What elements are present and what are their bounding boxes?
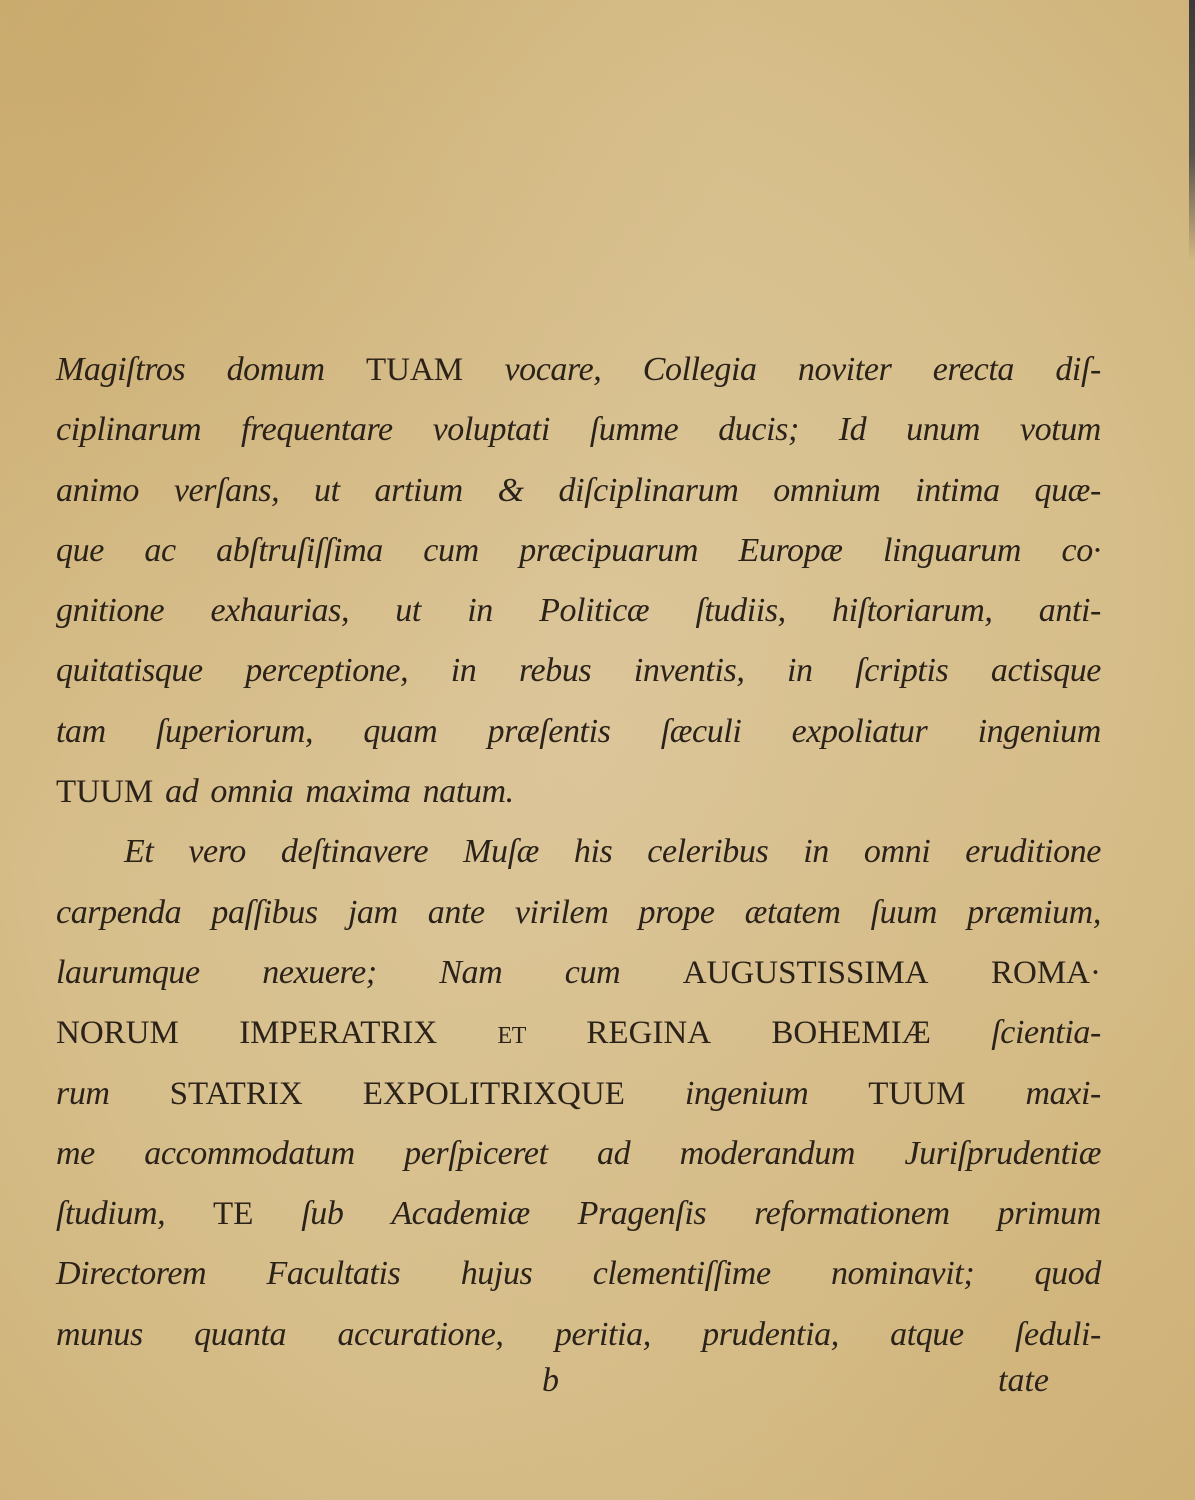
word: maxima	[305, 762, 410, 822]
word: omni	[864, 822, 930, 882]
word: Et	[124, 822, 153, 882]
word: Politicæ	[539, 581, 649, 641]
word: erecta	[933, 340, 1014, 400]
word: quam	[363, 702, 437, 762]
word: reformationem	[754, 1184, 950, 1244]
word: hujus	[461, 1244, 533, 1304]
word: ſuperiorum,	[156, 702, 313, 762]
word: munus	[56, 1305, 143, 1365]
word: anti-	[1039, 581, 1101, 641]
word: carpenda	[56, 883, 181, 943]
word: Muſæ	[463, 822, 539, 882]
catchword: tate	[998, 1362, 1049, 1400]
book-binding-edge	[1189, 0, 1195, 260]
word: BOHEMIÆ	[771, 1003, 931, 1063]
text-line: MagiſtrosdomumTUAMvocare,Collegianoviter…	[56, 340, 1101, 400]
text-line: meaccommodatumperſpiceretadmoderandumJur…	[56, 1124, 1101, 1184]
word: ducis;	[718, 400, 799, 460]
word: diſciplinarum	[558, 461, 738, 521]
word: perſpiceret	[404, 1124, 548, 1184]
word: virilem	[515, 883, 609, 943]
text-line: NORUMIMPERATRIXETREGINABOHEMIÆſcientia-	[56, 1003, 1101, 1063]
word: in	[467, 581, 493, 641]
word: ante	[428, 883, 485, 943]
word: ſæculi	[661, 702, 742, 762]
word: Directorem	[56, 1244, 206, 1304]
word: co·	[1062, 521, 1101, 581]
word: celeribus	[647, 822, 768, 882]
text-line: queacabſtruſiſſimacumpræcipuarumEuropæli…	[56, 521, 1101, 581]
word: quæ-	[1034, 461, 1100, 521]
word: artium	[375, 461, 463, 521]
word: accommodatum	[144, 1124, 355, 1184]
word: præcipuarum	[519, 521, 698, 581]
word: ingenium	[978, 702, 1101, 762]
word: rebus	[519, 641, 591, 701]
word: REGINA	[586, 1003, 711, 1063]
word: STATRIX	[170, 1064, 303, 1124]
word: eruditione	[965, 822, 1101, 882]
word: &	[498, 461, 524, 521]
word: TUAM	[366, 340, 463, 400]
word: AUGUSTISSIMA	[683, 943, 929, 1003]
word: quitatisque	[56, 641, 203, 701]
word: nominavit;	[831, 1244, 974, 1304]
word: ingenium	[685, 1064, 808, 1124]
text-line: carpendapaſſibusjamantevirilempropeætate…	[56, 883, 1101, 943]
word: TUUM	[868, 1064, 965, 1124]
word: atque	[890, 1305, 964, 1365]
word: NORUM	[56, 1003, 179, 1063]
word: moderandum	[680, 1124, 855, 1184]
word: noviter	[798, 340, 892, 400]
word: rum	[56, 1064, 110, 1124]
word: perceptione,	[245, 641, 408, 701]
word: paſſibus	[211, 883, 317, 943]
word: domum	[227, 340, 325, 400]
word: in	[787, 641, 813, 701]
word: Collegia	[643, 340, 757, 400]
word: votum	[1020, 400, 1101, 460]
word: quanta	[194, 1305, 286, 1365]
word: actisque	[991, 641, 1101, 701]
signature-mark: b	[542, 1362, 559, 1400]
word: ſub	[301, 1184, 343, 1244]
word: vocare,	[504, 340, 601, 400]
word: TE	[213, 1184, 253, 1244]
body-text: MagiſtrosdomumTUAMvocare,Collegianoviter…	[56, 340, 1101, 1365]
word: cum	[565, 943, 620, 1003]
word: inventis,	[634, 641, 745, 701]
word: ætatem	[745, 883, 841, 943]
word: verſans,	[174, 461, 279, 521]
word: Academiæ	[391, 1184, 529, 1244]
text-line: DirectoremFacultatishujusclementiſſimeno…	[56, 1244, 1101, 1304]
word: Id	[839, 400, 867, 460]
text-line: rumSTATRIXEXPOLITRIXQUEingeniumTUUMmaxi-	[56, 1064, 1101, 1124]
word: vero	[188, 822, 246, 882]
word: his	[574, 822, 612, 882]
word: IMPERATRIX	[239, 1003, 437, 1063]
word: deſtinavere	[281, 822, 428, 882]
word: ſtudiis,	[695, 581, 785, 641]
text-line: tamſuperiorum,quampræſentisſæculiexpolia…	[56, 702, 1101, 762]
word: peritia,	[555, 1305, 651, 1365]
book-page: MagiſtrosdomumTUAMvocare,Collegianoviter…	[0, 0, 1195, 1500]
word: exhaurias,	[210, 581, 349, 641]
word: præſentis	[488, 702, 611, 762]
word: ac	[144, 521, 175, 581]
word: me	[56, 1124, 95, 1184]
word: omnia	[210, 762, 293, 822]
word: ut	[314, 461, 340, 521]
word: ut	[395, 581, 421, 641]
word: accuratione,	[337, 1305, 503, 1365]
word: cum	[423, 521, 478, 581]
word: Europæ	[738, 521, 842, 581]
word: præmium,	[967, 883, 1101, 943]
word: hiſtoriarum,	[832, 581, 993, 641]
word: Facultatis	[267, 1244, 401, 1304]
word: Juriſprudentiæ	[904, 1124, 1101, 1184]
word: Pragenſis	[578, 1184, 707, 1244]
word: ciplinarum	[56, 400, 201, 460]
text-line: EtverodeſtinavereMuſæhisceleribusinomnie…	[56, 822, 1101, 882]
word: expoliatur	[792, 702, 928, 762]
word: abſtruſiſſima	[216, 521, 383, 581]
word: voluptati	[433, 400, 550, 460]
word: diſ-	[1055, 340, 1101, 400]
text-line: laurumquenexuere;NamcumAUGUSTISSIMAROMA·	[56, 943, 1101, 1003]
word: Magiſtros	[56, 340, 185, 400]
word: jam	[348, 883, 398, 943]
word: quod	[1035, 1244, 1101, 1304]
word: ſumme	[590, 400, 679, 460]
word: clementiſſime	[593, 1244, 771, 1304]
word: tam	[56, 702, 106, 762]
text-line: quitatisqueperceptione,inrebusinventis,i…	[56, 641, 1101, 701]
word: nexuere;	[262, 943, 376, 1003]
text-line: animoverſans,utartium&diſciplinarumomniu…	[56, 461, 1101, 521]
word: animo	[56, 461, 139, 521]
word: prudentia,	[702, 1305, 839, 1365]
word: gnitione	[56, 581, 164, 641]
word: Nam	[439, 943, 502, 1003]
word: ROMA·	[991, 943, 1101, 1003]
word: que	[56, 521, 104, 581]
word: in	[803, 822, 829, 882]
word: EXPOLITRIXQUE	[363, 1064, 625, 1124]
word: ſeduli-	[1015, 1305, 1101, 1365]
word: unum	[906, 400, 980, 460]
page-footer: b tate	[56, 1362, 1101, 1422]
word: in	[451, 641, 477, 701]
text-line: TUUMadomniamaximanatum.	[56, 762, 1101, 822]
word: ſuum	[871, 883, 937, 943]
word: frequentare	[241, 400, 393, 460]
word: TUUM	[56, 762, 153, 822]
text-line: gnitioneexhaurias,utinPoliticæſtudiis,hi…	[56, 581, 1101, 641]
word: ad	[165, 762, 198, 822]
text-line: ſtudium,TEſubAcademiæPragenſisreformatio…	[56, 1184, 1101, 1244]
word: ET	[498, 1003, 527, 1063]
word: linguarum	[883, 521, 1021, 581]
word: intima	[915, 461, 1000, 521]
word: natum.	[423, 762, 514, 822]
word: laurumque	[56, 943, 200, 1003]
word: primum	[998, 1184, 1101, 1244]
word: maxi-	[1026, 1064, 1101, 1124]
text-line: ciplinarumfrequentarevoluptatiſummeducis…	[56, 400, 1101, 460]
word: omnium	[773, 461, 880, 521]
word: ſcriptis	[855, 641, 948, 701]
word: ſcientia-	[991, 1003, 1101, 1063]
word: ſtudium,	[56, 1184, 165, 1244]
word: prope	[638, 883, 714, 943]
text-line: munusquantaaccuratione,peritia,prudentia…	[56, 1305, 1101, 1365]
word: ad	[597, 1124, 630, 1184]
